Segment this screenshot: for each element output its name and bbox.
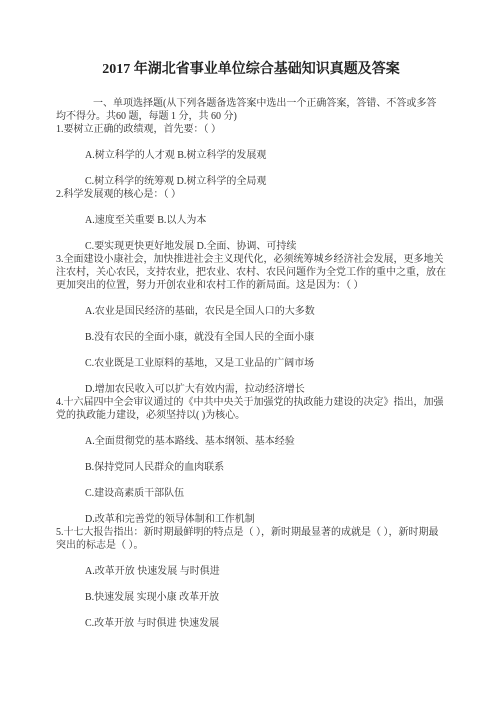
doc-title: 2017 年湖北省事业单位综合基础知识真题及答案 (56, 61, 446, 78)
question-2: 2.科学发展观的核心是：（ ） A.速度至关重要 B.以人为本 C.要实现更快更… (56, 188, 446, 253)
question-4-option-a: A.全面贯彻党的基本路线、基本纲领、基本经验 (56, 435, 446, 448)
document-page: 2017 年湖北省事业单位综合基础知识真题及答案 一、单项选择题(从下列各题备选… (0, 0, 499, 706)
question-4-stem: 4.十六届四中全会审议通过的《中共中央关于加强党的执政能力建设的决定》指出，加强… (56, 396, 446, 422)
question-1-stem: 1.要树立正确的政绩观，首先要：（ ） (56, 123, 446, 136)
question-4-option-c: C.建设高素质干部队伍 (56, 487, 446, 500)
question-2-option-line-ab: A.速度至关重要 B.以人为本 (56, 214, 446, 227)
question-5-stem: 5.十七大报告指出：新时期最鲜明的特点是（ ），新时期最显著的成就是（ ），新时… (56, 526, 446, 552)
question-3-option-c: C.农业既是工业原料的基地，又是工业品的广阔市场 (56, 357, 446, 370)
question-2-stem: 2.科学发展观的核心是：（ ） (56, 188, 446, 201)
question-1: 1.要树立正确的政绩观，首先要：（ ） A.树立科学的人才观 B.树立科学的发展… (56, 123, 446, 188)
question-5-option-c: C.改革开放 与时俱进 快速发展 (56, 617, 446, 630)
question-3-stem: 3.全面建设小康社会，加快推进社会主义现代化，必须统筹城乡经济社会发展，更多地关… (56, 253, 446, 292)
question-1-option-line-ab: A.树立科学的人才观 B.树立科学的发展观 (56, 149, 446, 162)
question-4: 4.十六届四中全会审议通过的《中共中央关于加强党的执政能力建设的决定》指出，加强… (56, 396, 446, 526)
question-3-option-a: A.农业是国民经济的基础，农民是全国人口的大多数 (56, 305, 446, 318)
question-3-option-d: D.增加农民收入可以扩大有效内需，拉动经济增长 (56, 383, 446, 396)
section-intro: 一、单项选择题(从下列各题备选答案中选出一个正确答案，答错、不答或多答均不得分。… (56, 97, 446, 123)
question-5: 5.十七大报告指出：新时期最鲜明的特点是（ ），新时期最显著的成就是（ ），新时… (56, 526, 446, 630)
question-5-option-b: B.快速发展 实现小康 改革开放 (56, 591, 446, 604)
question-2-option-line-cd: C.要实现更快更好地发展 D.全面、协调、可持续 (56, 240, 446, 253)
question-3-option-b: B.没有农民的全面小康，就没有全国人民的全面小康 (56, 331, 446, 344)
question-1-option-line-cd: C.树立科学的统筹观 D.树立科学的全局观 (56, 175, 446, 188)
question-4-option-d: D.改革和完善党的领导体制和工作机制 (56, 513, 446, 526)
question-4-option-b: B.保持党同人民群众的血肉联系 (56, 461, 446, 474)
question-3: 3.全面建设小康社会，加快推进社会主义现代化，必须统筹城乡经济社会发展，更多地关… (56, 253, 446, 396)
question-5-option-a: A.改革开放 快速发展 与时俱进 (56, 565, 446, 578)
